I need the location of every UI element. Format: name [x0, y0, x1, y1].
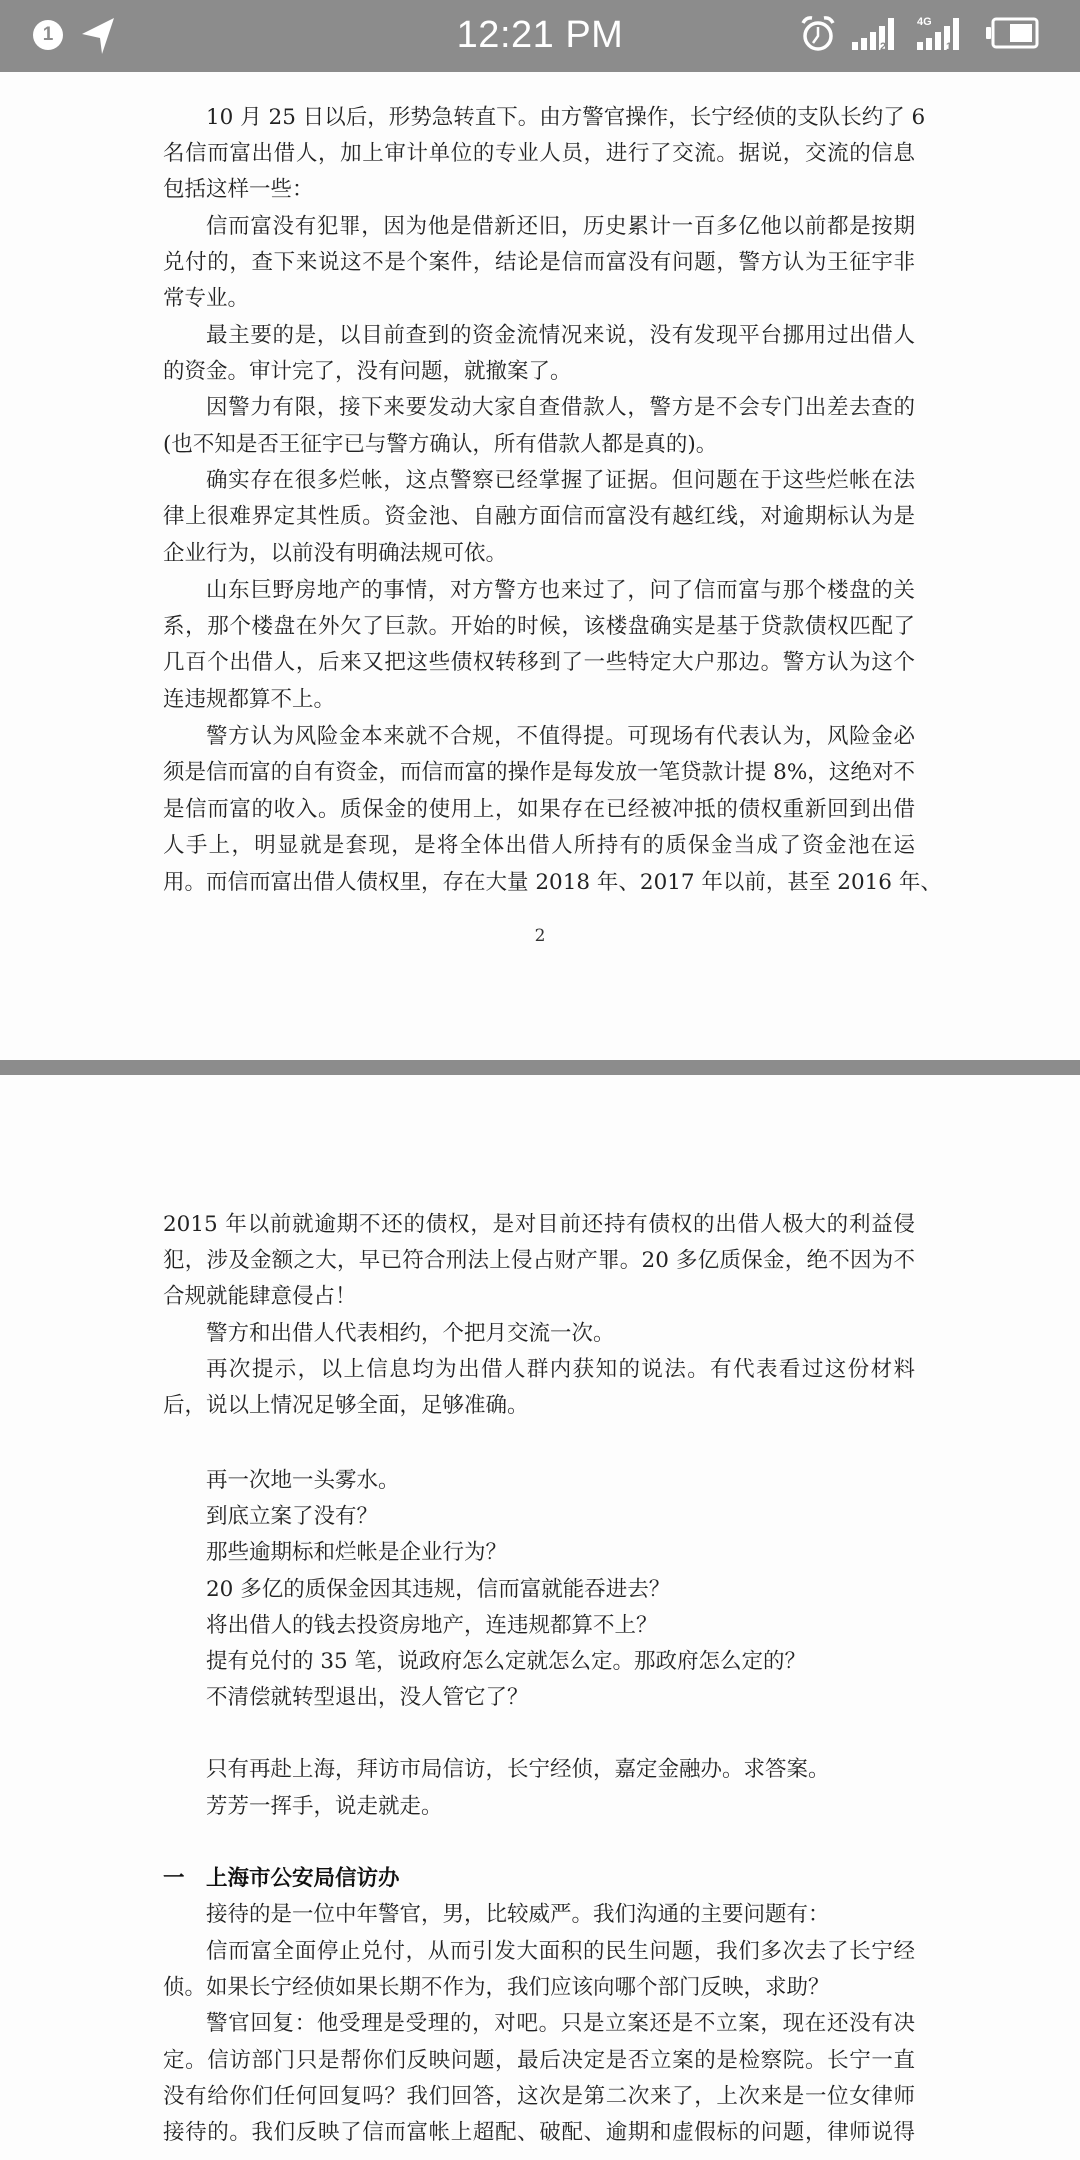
text-line: 信而富没有犯罪，因为他是借新还旧，历史累计一百多亿他以前都是按期 — [206, 212, 915, 242]
text-line: 警官回复：他受理是受理的，对吧。只是立案还是不立案，现在还没有决 — [206, 2009, 915, 2039]
text-line: 定。信访部门只是帮你们反映问题，最后决定是否立案的是检察院。长宁一直 — [163, 2046, 915, 2076]
text-line: 提有兑付的 35 笔，说政府怎么定就怎么定。那政府怎么定的？ — [206, 1647, 806, 1677]
document-page-3: 2015 年以前就逾期不还的债权，是对目前还持有债权的出借人极大的利益侵 犯，涉… — [0, 1075, 1080, 2160]
text-line: 只有再赴上海，拜访市局信访，长宁经侦，嘉定金融办。求答案。 — [206, 1755, 830, 1785]
text-line: 10 月 25 日以后，形势急转直下。由方警官操作，长宁经侦的支队长约了 6 — [206, 103, 915, 133]
text-line: 将出借人的钱去投资房地产，连违规都算不上？ — [206, 1611, 658, 1641]
status-bar: 1 12:21 PM 2 4G 1 — [0, 0, 1080, 72]
text-line: 系，那个楼盘在外欠了巨款。开始的时候，该楼盘确实是基于贷款债权匹配了 — [163, 612, 915, 642]
text-line: 再一次地一头雾水。 — [206, 1466, 400, 1496]
text-line: 不清偿就转型退出，没人管它了？ — [206, 1683, 529, 1713]
text-line: 是信而富的收入。质保金的使用上，如果存在已经被冲抵的债权重新回到出借 — [163, 795, 915, 825]
text-line: 名信而富出借人，加上审计单位的专业人员，进行了交流。据说，交流的信息 — [163, 139, 915, 169]
svg-text:2: 2 — [880, 41, 886, 53]
text-line: 人手上，明显就是套现，是将全体出借人所持有的质保金当成了资金池在运 — [163, 831, 915, 861]
text-line: 用。而信而富出借人债权里，存在大量 2018 年、2017 年以前，甚至 201… — [163, 868, 915, 898]
text-line: 后，说以上情况足够全面，足够准确。 — [163, 1391, 529, 1421]
text-line: 到底立案了没有？ — [206, 1502, 378, 1532]
text-line: 律上很难界定其性质。资金池、自融方面信而富没有越红线，对逾期标认为是 — [163, 502, 915, 532]
text-line: 连违规都算不上。 — [163, 685, 335, 715]
text-line: 接待的是一位中年警官，男，比较威严。我们沟通的主要问题有： — [206, 1900, 830, 1930]
text-line: 侦。如果长宁经侦如果长期不作为，我们应该向哪个部门反映，求助？ — [163, 1973, 830, 2003]
text-line: 山东巨野房地产的事情，对方警方也来过了，问了信而富与那个楼盘的关 — [206, 576, 915, 606]
text-line: 没有给你们任何回复吗？我们回答，这次是第二次来了，上次来是一位女律师 — [163, 2082, 915, 2112]
text-line: 芳芳一挥手，说走就走。 — [206, 1792, 443, 1822]
text-line: 因警力有限，接下来要发动大家自查借款人，警方是不会专门出差去查的 — [206, 393, 915, 423]
text-line: 最主要的是，以目前查到的资金流情况来说，没有发现平台挪用过出借人 — [206, 321, 915, 351]
section-number: 一 — [163, 1864, 206, 1894]
battery-icon — [985, 14, 1041, 54]
page-number: 2 — [0, 926, 1080, 946]
text-line: 须是信而富的自有资金，而信而富的操作是每发放一笔贷款计提 8%，这绝对不 — [163, 758, 915, 788]
text-line: 警方认为风险金本来就不合规，不值得提。可现场有代表认为，风险金必 — [206, 722, 915, 752]
document-page-2: 10 月 25 日以后，形势急转直下。由方警官操作，长宁经侦的支队长约了 6 名… — [0, 72, 1080, 1060]
text-line: 兑付的，查下来说这不是个案件，结论是信而富没有问题，警方认为王征宇非 — [163, 248, 915, 278]
svg-text:4G: 4G — [917, 16, 932, 28]
text-line: 确实存在很多烂帐，这点警察已经掌握了证据。但问题在于这些烂帐在法 — [206, 466, 915, 496]
text-line: 常专业。 — [163, 284, 249, 314]
signal-4g-sim1-icon: 4G 1 — [915, 14, 967, 54]
page-divider — [0, 1060, 1080, 1075]
text-line: 合规就能肆意侵占！ — [163, 1282, 357, 1312]
section-title: 上海市公安局信访办 — [206, 1866, 400, 1891]
text-line: 犯，涉及金额之大，早已符合刑法上侵占财产罪。20 多亿质保金，绝不因为不 — [163, 1246, 915, 1276]
text-line: (也不知是否王征宇已与警方确认，所有借款人都是真的)。 — [163, 430, 717, 460]
text-line: 几百个出借人，后来又把这些债权转移到了一些特定大户那边。警方认为这个 — [163, 648, 915, 678]
text-line: 20 多亿的质保金因其违规，信而富就能吞进去？ — [206, 1575, 670, 1605]
text-line: 的资金。审计完了，没有问题，就撤案了。 — [163, 357, 572, 387]
text-line: 企业行为，以前没有明确法规可依。 — [163, 539, 507, 569]
text-line: 那些逾期标和烂帐是企业行为？ — [206, 1538, 507, 1568]
text-line: 接待的。我们反映了信而富帐上超配、破配、逾期和虚假标的问题，律师说得 — [163, 2118, 915, 2148]
text-line: 包括这样一些： — [163, 175, 314, 205]
text-line: 警方和出借人代表相约，个把月交流一次。 — [206, 1319, 615, 1349]
svg-text:1: 1 — [946, 41, 952, 53]
text-line: 信而富全面停止兑付，从而引发大面积的民生问题，我们多次去了长宁经 — [206, 1937, 915, 1967]
signal-sim2-icon: 2 — [850, 14, 898, 54]
section-heading: 一上海市公安局信访办 — [163, 1864, 400, 1894]
alarm-icon — [800, 14, 836, 54]
text-line: 再次提示，以上信息均为出借人群内获知的说法。有代表看过这份材料 — [206, 1355, 915, 1385]
text-line: 2015 年以前就逾期不还的债权，是对目前还持有债权的出借人极大的利益侵 — [163, 1210, 915, 1240]
